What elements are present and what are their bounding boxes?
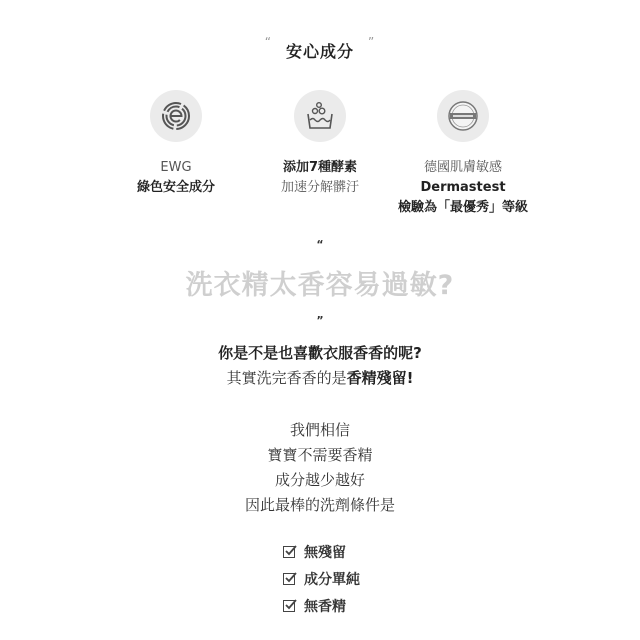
checkbox-checked-icon xyxy=(283,546,295,558)
enzyme-basin-icon xyxy=(294,90,346,142)
paragraph-line: 成分越少越好 xyxy=(0,468,640,493)
feature-line: 添加7種酵素 xyxy=(240,158,400,178)
answer-emphasis: 香精殘留! xyxy=(347,369,414,387)
feature-line: EWG xyxy=(96,158,256,178)
checklist-item: 無香精 xyxy=(283,592,360,619)
checklist-item: 無殘留 xyxy=(283,538,360,565)
checklist-item: 成分單純 xyxy=(283,565,360,592)
paragraph-line: 我們相信 xyxy=(0,418,640,443)
open-quote: “ xyxy=(265,35,272,49)
answer-text: 其實洗完香香的是香精殘留! xyxy=(0,367,640,388)
feature-line: 檢驗為「最優秀」等級 xyxy=(383,198,543,218)
question-text: 你是不是也喜歡衣服香香的呢? xyxy=(0,342,640,363)
close-quote: ” xyxy=(368,35,375,49)
paragraph-line: 寶寶不需要香精 xyxy=(0,443,640,468)
section-title: “安心成分” xyxy=(0,39,640,62)
feature-line: 德國肌膚敏感 xyxy=(383,158,543,178)
belief-paragraph: 我們相信 寶寶不需要香精 成分越少越好 因此最棒的洗劑條件是 xyxy=(0,418,640,518)
feature-enzyme: 添加7種酵素 加速分解髒汙 xyxy=(240,90,400,198)
headline-open-quote: “ xyxy=(0,238,640,251)
checkbox-checked-icon xyxy=(283,600,295,612)
ewg-icon xyxy=(150,90,202,142)
feature-line: 加速分解髒汙 xyxy=(240,178,400,198)
headline: 洗衣精太香容易過敏? xyxy=(0,263,640,302)
checklist-label: 無殘留 xyxy=(304,542,346,562)
checklist-label: 成分單純 xyxy=(304,569,360,589)
answer-prefix: 其實洗完香香的是 xyxy=(227,369,347,387)
feature-ewg: EWG 綠色安全成分 xyxy=(96,90,256,198)
checklist: 無殘留 成分單純 無香精 xyxy=(283,538,360,619)
checkbox-checked-icon xyxy=(283,573,295,585)
feature-dermatest: 德國肌膚敏感 Dermastest 檢驗為「最優秀」等級 xyxy=(383,90,543,218)
checklist-label: 無香精 xyxy=(304,596,346,616)
feature-line: 綠色安全成分 xyxy=(96,178,256,198)
dermatest-badge-icon xyxy=(437,90,489,142)
section-title-text: 安心成分 xyxy=(286,42,354,61)
paragraph-line: 因此最棒的洗劑條件是 xyxy=(0,493,640,518)
headline-close-quote: ” xyxy=(0,314,640,327)
feature-line: Dermastest xyxy=(383,178,543,198)
